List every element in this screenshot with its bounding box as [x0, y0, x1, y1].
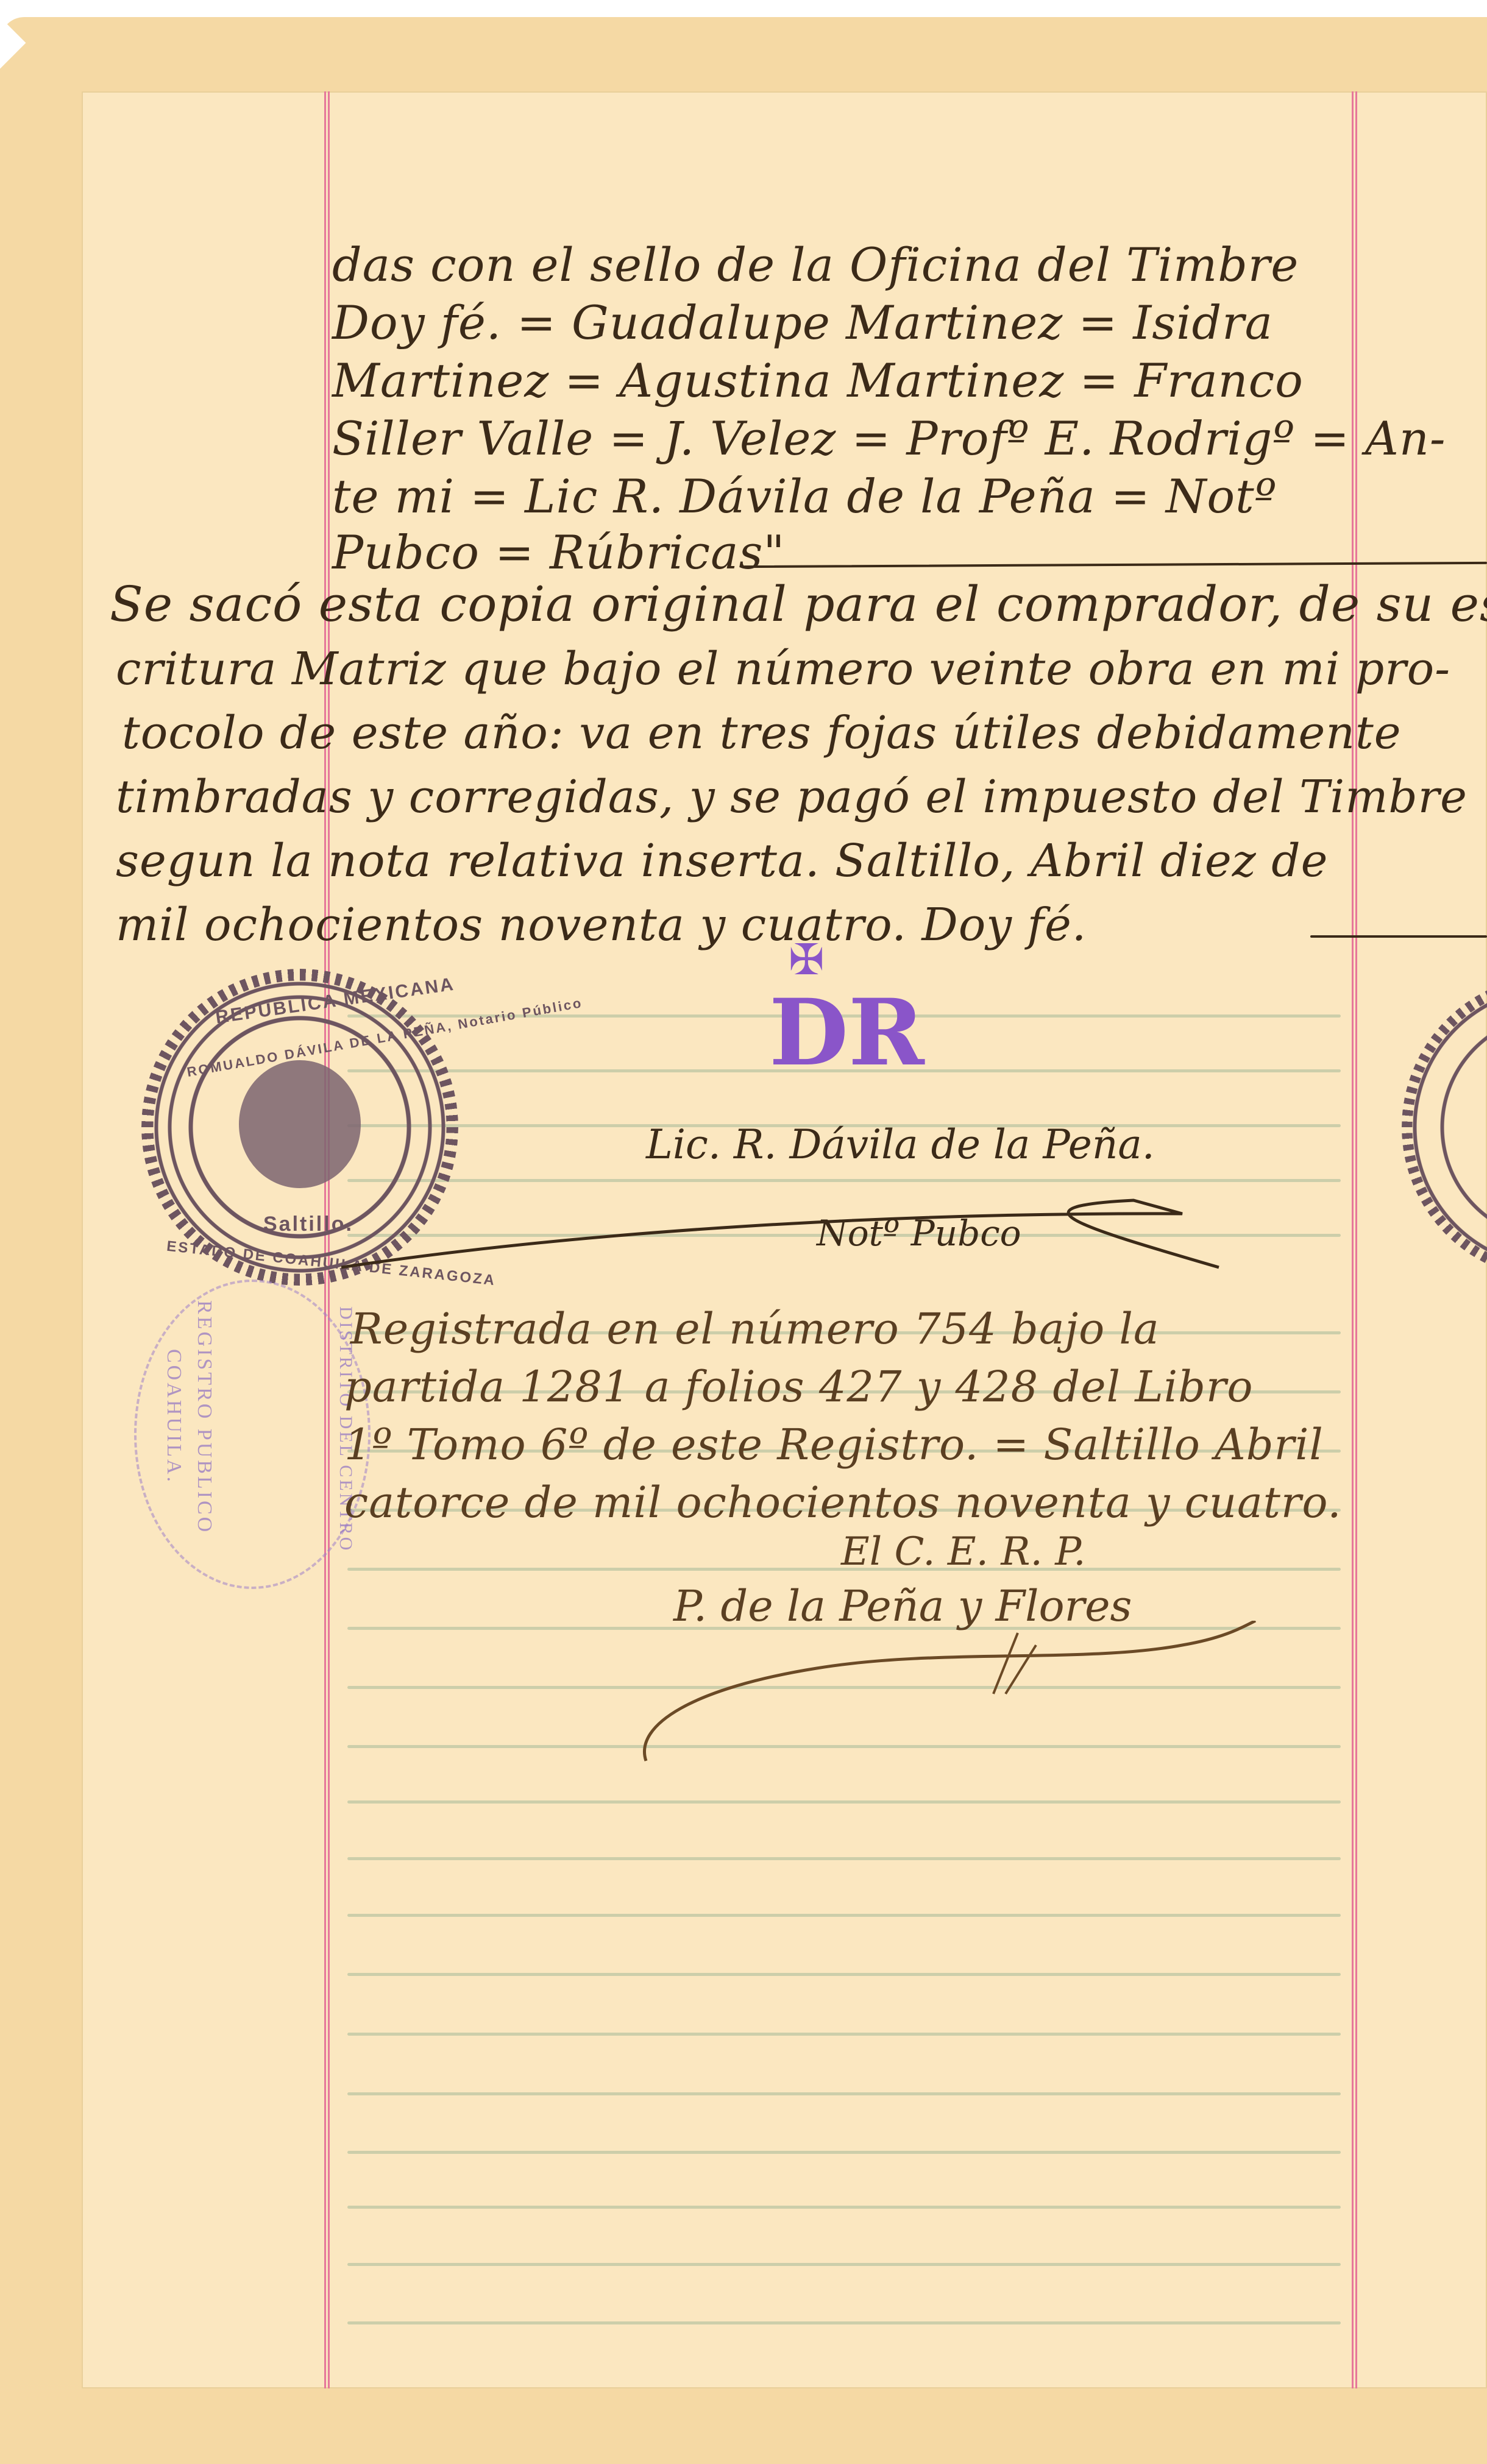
ruled-line: [347, 2206, 1341, 2209]
registrar-title: El C. E. R. P.: [841, 1529, 1086, 1574]
certification-line: tocolo de este año: va en tres fojas úti…: [122, 707, 1402, 759]
ruled-line: [347, 2151, 1341, 2154]
certification-line: Se sacó esta copia original para el comp…: [110, 576, 1487, 632]
registration-line: Registrada en el número 754 bajo la: [350, 1304, 1160, 1354]
certification-line: mil ochocientos noventa y cuatro. Doy fé…: [116, 899, 1087, 951]
registrar-signature-flourish: [622, 1621, 1292, 1779]
registry-seal-center-text: REGISTRO PUBLICO: [193, 1300, 216, 1534]
ruled-line: [347, 1800, 1341, 1804]
ruled-line: [347, 1973, 1341, 1976]
ruled-line: [347, 1857, 1341, 1860]
closing-line-stroke: [1310, 935, 1487, 938]
ruled-line: [347, 2033, 1341, 2036]
seal-city-text: Saltillo.: [263, 1213, 353, 1236]
ruled-line: [347, 2263, 1341, 2266]
registration-line: partida 1281 a folios 427 y 428 del Libr…: [344, 1362, 1254, 1412]
certification-line: timbradas y corregidas, y se pagó el imp…: [116, 771, 1467, 823]
cross-icon: ✠: [789, 938, 825, 981]
notary-monogram: ✠ DR: [769, 938, 836, 1091]
deed-line: Doy fé. = Guadalupe Martinez = Isidra: [332, 296, 1273, 350]
notary-signature: Lic. R. Dávila de la Peña.: [646, 1121, 1155, 1168]
eagle-emblem-icon: [239, 1060, 361, 1188]
deed-line: te mi = Lic R. Dávila de la Peña = Notº: [332, 469, 1277, 523]
deed-line: Martinez = Agustina Martinez = Franco: [332, 353, 1304, 408]
certification-line: segun la nota relativa inserta. Saltillo…: [116, 835, 1328, 887]
ruled-line: [347, 2092, 1341, 2095]
notary-signature-flourish: [341, 1176, 1225, 1280]
certification-line: critura Matriz que bajo el número veinte…: [116, 643, 1450, 695]
deed-line: Siller Valle = J. Velez = Profº E. Rodri…: [332, 411, 1446, 466]
ruled-line: [347, 2321, 1341, 2324]
deed-line: das con el sello de la Oficina del Timbr…: [332, 238, 1299, 292]
ruled-line: [347, 1914, 1341, 1917]
public-registry-seal: REGISTRO PUBLICO COAHUILA. DISTRITO DEL …: [134, 1280, 371, 1589]
registry-seal-state-text: COAHUILA.: [162, 1349, 185, 1484]
registration-line: 1º Tomo 6º de este Registro. = Saltillo …: [344, 1420, 1324, 1470]
registration-line: catorce de mil ochocientos noventa y cua…: [344, 1478, 1342, 1528]
deed-line: Pubco = Rúbricas": [332, 525, 785, 579]
monogram-letters: DR: [769, 987, 924, 1078]
